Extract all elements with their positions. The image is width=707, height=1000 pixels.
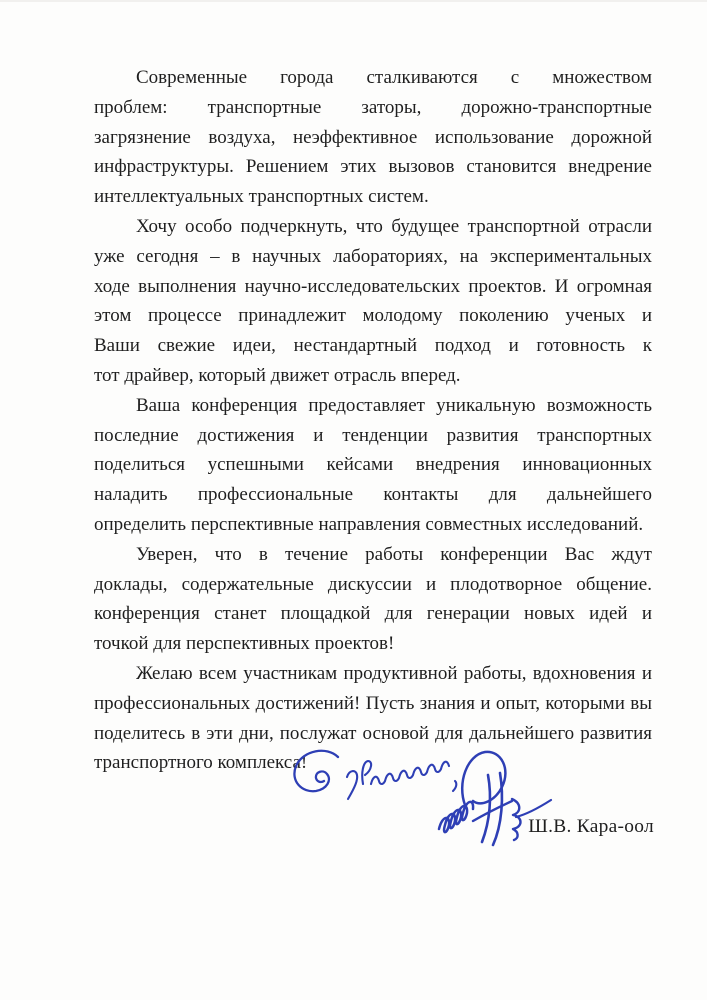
- letter-line: Ваша конференция предоставляет уникальну…: [94, 391, 652, 421]
- letter-line: инфраструктуры. Решением этих вызовов ст…: [94, 152, 652, 182]
- letter-line: проблем: транспортные заторы, дорожно-тр…: [94, 93, 652, 123]
- letter-line: уже сегодня – в научных лабораториях, на…: [94, 242, 652, 272]
- paragraph: Ваша конференция предоставляет уникальну…: [94, 391, 652, 540]
- letter-line: поделитесь в эти дни, послужат основой д…: [94, 719, 652, 749]
- letter-line: профессиональных достижений! Пусть знани…: [94, 689, 652, 719]
- letter-line: транспортного комплекса!: [94, 748, 652, 778]
- letter-line: Желаю всем участникам продуктивной работ…: [94, 659, 652, 689]
- letter-line: поделиться успешными кейсами внедрения и…: [94, 450, 652, 480]
- letter-line: загрязнение воздуха, неэффективное испол…: [94, 123, 652, 153]
- letter-line: доклады, содержательные дискуссии и плод…: [94, 570, 652, 600]
- letter-line: определить перспективные направления сов…: [94, 510, 652, 540]
- letter-line: интеллектуальных транспортных систем.: [94, 182, 652, 212]
- scanned-letter-page: Современные города сталкиваются с множес…: [0, 0, 707, 1000]
- letter-line: тот драйвер, который движет отрасль впер…: [94, 361, 652, 391]
- letter-line: этом процессе принадлежит молодому покол…: [94, 301, 652, 331]
- paragraph: Уверен, что в течение работы конференции…: [94, 540, 652, 659]
- letter-body: Современные города сталкиваются с множес…: [94, 63, 652, 778]
- letter-line: Ваши свежие идеи, нестандартный подход и…: [94, 331, 652, 361]
- paragraph: Желаю всем участникам продуктивной работ…: [94, 659, 652, 778]
- paragraph: Современные города сталкиваются с множес…: [94, 63, 652, 212]
- letter-line: Уверен, что в течение работы конференции…: [94, 540, 652, 570]
- letter-line: Современные города сталкиваются с множес…: [94, 63, 652, 93]
- signatory-name: Ш.В. Кара-оол: [528, 816, 654, 838]
- letter-line: последние достижения и тенденции развити…: [94, 421, 652, 451]
- letter-line: Хочу особо подчеркнуть, что будущее тран…: [94, 212, 652, 242]
- letter-line: точкой для перспективных проектов!: [94, 629, 652, 659]
- letter-line: ходе выполнения научно-исследовательских…: [94, 272, 652, 302]
- letter-line: наладить профессиональные контакты для д…: [94, 480, 652, 510]
- letter-line: конференция станет площадкой для генерац…: [94, 599, 652, 629]
- paragraph: Хочу особо подчеркнуть, что будущее тран…: [94, 212, 652, 391]
